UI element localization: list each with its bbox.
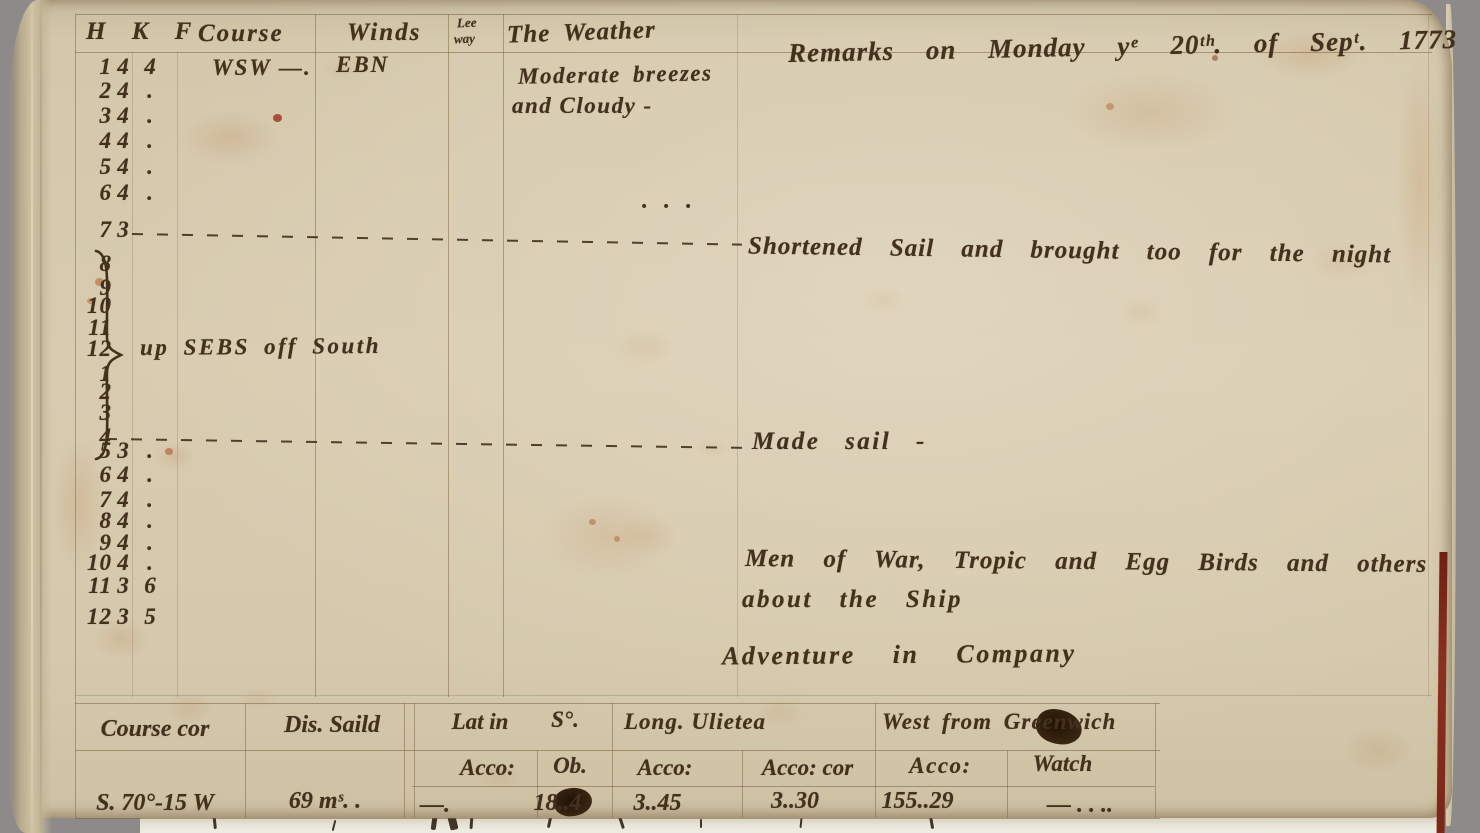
- paper-stain: [236, 686, 278, 712]
- fathoms-value: .: [138, 128, 162, 154]
- knots-value: 3: [112, 604, 134, 630]
- log-row: 24.: [74, 78, 186, 106]
- summary-value-west-acco: 155..29: [865, 788, 970, 815]
- summary-header-west-from: West from Greenwich: [882, 709, 1116, 735]
- rule-line: [75, 695, 1432, 696]
- rule-line: [742, 750, 743, 818]
- weather-dots: . . .: [642, 188, 697, 215]
- rule-line: [245, 703, 246, 818]
- rule-line: [1428, 14, 1429, 697]
- summary-value-lat-ob: 18..4: [520, 790, 595, 817]
- header-leeway-line2: way: [454, 31, 475, 48]
- knots-value: 3: [112, 217, 134, 243]
- rule-line: [75, 14, 1432, 15]
- summary-header-long-acco: Acco:: [620, 755, 710, 781]
- summary-header-long-acco-cor: Acco: cor: [750, 755, 865, 781]
- fathoms-value: .: [138, 180, 162, 206]
- paper-stain: [1396, 48, 1444, 318]
- log-row: 54.: [74, 154, 186, 182]
- summary-header-long-ulietea: Long. Ulietea: [624, 709, 766, 735]
- summary-value-long-acco-cor: 3..30: [755, 788, 835, 815]
- hour-label: 3: [74, 103, 112, 129]
- summary-header-west-acco: Acco:: [893, 753, 988, 779]
- hour-label: 12: [74, 604, 112, 630]
- knots-value: 4: [112, 103, 134, 129]
- header-leeway-line1: Lee: [457, 15, 477, 32]
- brace-note: up SEBS off South: [140, 333, 381, 361]
- rule-line: [1155, 703, 1156, 818]
- logbook-scan: 14424.34.44.54.64.7389101112123453.64.74…: [0, 0, 1480, 833]
- hour-label: 12: [74, 336, 112, 362]
- summary-value-lat-acco: —.: [405, 792, 465, 819]
- rule-line: [612, 703, 613, 818]
- paper-stain: [612, 328, 676, 366]
- paper-stain: [1114, 296, 1166, 328]
- fathoms-value: .: [138, 438, 162, 464]
- knots-value: 3: [112, 438, 134, 464]
- remark-birds-line2: about the Ship: [742, 586, 963, 614]
- rule-line: [503, 14, 504, 697]
- summary-header-watch: Watch: [1020, 751, 1105, 777]
- summary-header-lat-in: Lat in: [430, 709, 530, 735]
- knots-value: 4: [112, 180, 134, 206]
- hour-label: 11: [74, 573, 112, 599]
- paper-speck: [614, 536, 620, 542]
- hour-label: 8: [74, 251, 112, 277]
- summary-value-long-acco: 3..45: [620, 790, 695, 817]
- summary-header-course-cor: Course cor: [85, 716, 225, 743]
- knots-value: 4: [112, 54, 134, 80]
- book-gutter-edge: [8, 0, 52, 833]
- weather-entry-line2: and Cloudy -: [512, 93, 653, 119]
- paper-stain: [862, 286, 906, 314]
- fathoms-value: 6: [138, 573, 162, 599]
- rule-line: [448, 14, 449, 697]
- hour-label: 5: [74, 438, 112, 464]
- knots-value: 4: [112, 128, 134, 154]
- hour-label: 4: [74, 128, 112, 154]
- page-edge-shadow: [40, 0, 42, 833]
- knots-value: 3: [112, 573, 134, 599]
- paper-stain: [1342, 726, 1414, 774]
- log-row: 64.: [74, 180, 186, 208]
- paper-stain: [615, 515, 680, 557]
- log-row: 44.: [74, 128, 186, 156]
- fathoms-value: 4: [138, 54, 162, 80]
- knots-value: 4: [112, 462, 134, 488]
- summary-header-lat-acco: Acco:: [440, 755, 535, 781]
- fathoms-value: .: [138, 78, 162, 104]
- fathoms-value: .: [138, 462, 162, 488]
- rule-line: [75, 750, 1160, 751]
- summary-header-dis-saild: Dis. Saild: [262, 712, 402, 739]
- remark-birds-line1: Men of War, Tropic and Egg Birds and oth…: [745, 545, 1427, 579]
- remark-made-sail: Made sail -: [752, 428, 927, 456]
- header-winds: Winds: [347, 19, 421, 47]
- rule-line: [412, 786, 1155, 787]
- log-row: 1136: [74, 573, 186, 601]
- paper-stain: [180, 110, 280, 165]
- rule-line: [75, 818, 1160, 819]
- fathoms-value: .: [138, 103, 162, 129]
- rule-line: [1007, 750, 1008, 818]
- page-edge-highlight: [31, 0, 33, 833]
- remark-adventure: Adventure in Company: [722, 638, 1077, 671]
- hour-label: 3: [74, 400, 112, 426]
- hour-label: 1: [74, 54, 112, 80]
- fathoms-value: 5: [138, 604, 162, 630]
- paper-speck: [273, 114, 282, 122]
- summary-value-watch: — . . ..: [1025, 792, 1135, 819]
- paper-stain: [1060, 70, 1240, 155]
- hour-label: 5: [74, 154, 112, 180]
- knots-value: 4: [112, 154, 134, 180]
- summary-header-lat-ob: Ob.: [540, 753, 600, 779]
- header-hkf: H K F: [86, 18, 201, 46]
- rule-line: [737, 14, 738, 697]
- hour-label: 6: [74, 180, 112, 206]
- log-row: 34.: [74, 103, 186, 131]
- weather-entry-line1: Moderate breezes: [518, 60, 713, 89]
- log-row: 64.: [74, 462, 186, 490]
- knots-value: 4: [112, 78, 134, 104]
- paper-speck: [589, 519, 596, 525]
- hour-label: 2: [74, 78, 112, 104]
- hour-label: 6: [74, 462, 112, 488]
- log-row: 1235: [74, 604, 186, 632]
- first-row-winds: EBN: [336, 52, 389, 78]
- first-row-course: WSW —.: [212, 55, 312, 81]
- paper-speck: [1106, 103, 1114, 110]
- summary-value-course-cor: S. 70°-15 W: [80, 790, 230, 817]
- summary-value-dis-saild: 69 mˢ. .: [270, 788, 380, 815]
- header-course: Course: [198, 20, 284, 48]
- hour-label: 7: [74, 217, 112, 243]
- summary-header-lat-so: S°.: [540, 707, 590, 733]
- header-weather: The Weather: [507, 16, 657, 49]
- lower-page-ink-mark: [700, 819, 702, 828]
- log-row: 73: [74, 217, 186, 245]
- rule-line: [75, 703, 1160, 704]
- fathoms-value: .: [138, 154, 162, 180]
